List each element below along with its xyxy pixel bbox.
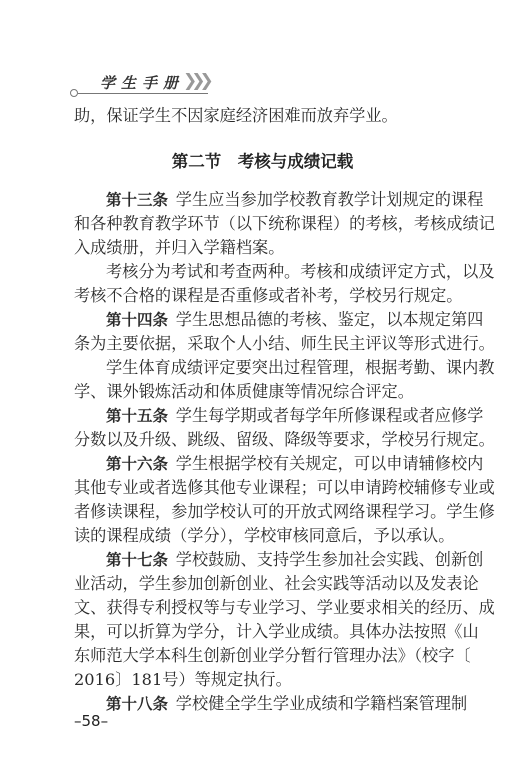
text-line: 第十七条 学校鼓励、支持学生参加社会实践、创新创 xyxy=(74,548,456,572)
page-number: –58– xyxy=(74,712,108,730)
text-line: 其他专业或者选修其他专业课程；可以申请跨校辅修专业或 xyxy=(74,476,456,500)
chevrons-icon: ❯❯❯ xyxy=(183,71,208,91)
paragraph: 第十八条 学校健全学生学业成绩和学籍档案管理制 xyxy=(74,692,456,716)
body-text: 第十三条 学生应当参加学校教育教学计划规定的课程和各种教育教学环节（以下统称课程… xyxy=(74,188,456,716)
article-label: 第十五条 xyxy=(106,407,176,425)
paragraph: 学生体育成绩评定要突出过程管理，根据考勤、课内教学、课外锻炼活动和体质健康等情况… xyxy=(74,356,456,404)
text-line: 和各种教育教学环节（以下统称课程）的考核，考核成绩记 xyxy=(74,212,456,236)
line-text: 学生应当参加学校教育教学计划规定的课程 xyxy=(176,190,484,209)
text-line: 者修读课程，参加学校认可的开放式网络课程学习。学生修 xyxy=(74,500,456,524)
line-text: 学、课外锻炼活动和体质健康等情况综合评定。 xyxy=(74,382,414,401)
line-text: 学生根据学校有关规定，可以申请辅修校内 xyxy=(176,454,484,473)
text-line: 学生体育成绩评定要突出过程管理，根据考勤、课内教 xyxy=(74,356,456,380)
text-line: 业活动，学生参加创新创业、社会实践等活动以及发表论 xyxy=(74,572,456,596)
line-text: 学校鼓励、支持学生参加社会实践、创新创 xyxy=(176,550,484,569)
article-label: 第十四条 xyxy=(106,311,176,329)
text-line: 分数以及升级、跳级、留级、降级等要求，学校另行规定。 xyxy=(74,428,456,452)
text-line: 2016〕181号）等规定执行。 xyxy=(74,668,456,692)
line-text: 学校健全学生学业成绩和学籍档案管理制 xyxy=(176,694,467,713)
text-line: 条为主要依据，采取个人小结、师生民主评议等形式进行。 xyxy=(74,332,456,356)
line-text: 学生思想品德的考核、鉴定，以本规定第四 xyxy=(176,310,484,329)
paragraph: 第十七条 学校鼓励、支持学生参加社会实践、创新创业活动，学生参加创新创业、社会实… xyxy=(74,548,456,692)
line-text: 学生体育成绩评定要突出过程管理，根据考勤、课内教 xyxy=(106,358,495,377)
line-text: 其他专业或者选修其他专业课程；可以申请跨校辅修专业或 xyxy=(74,478,495,497)
running-header: 学生手册 ❯❯❯ xyxy=(70,70,220,98)
text-line: 入成绩册，并归入学籍档案。 xyxy=(74,236,456,260)
paragraph: 第十五条 学生每学期或者每学年所修课程或者应修学分数以及升级、跳级、留级、降级等… xyxy=(74,404,456,452)
text-line: 第十八条 学校健全学生学业成绩和学籍档案管理制 xyxy=(74,692,456,716)
text-line: 考核分为考试和考查两种。考核和成绩评定方式，以及 xyxy=(74,260,456,284)
circle-ornament-icon xyxy=(70,89,78,97)
line-text: 和各种教育教学环节（以下统称课程）的考核，考核成绩记 xyxy=(74,214,495,233)
paragraph: 第十四条 学生思想品德的考核、鉴定，以本规定第四条为主要依据，采取个人小结、师生… xyxy=(74,308,456,356)
text-line: 第十六条 学生根据学校有关规定，可以申请辅修校内 xyxy=(74,452,456,476)
line-text: 学生每学期或者每学年所修课程或者应修学 xyxy=(176,406,484,425)
text-line: 第十三条 学生应当参加学校教育教学计划规定的课程 xyxy=(74,188,456,212)
section-title: 第二节 考核与成绩记载 xyxy=(0,148,525,172)
line-text: 者修读课程，参加学校认可的开放式网络课程学习。学生修 xyxy=(74,502,495,521)
line-text: 果，可以折算为学分，计入学业成绩。具体办法按照《山 xyxy=(74,622,479,641)
article-label: 第十七条 xyxy=(106,551,176,569)
line-text: 业活动，学生参加创新创业、社会实践等活动以及发表论 xyxy=(74,574,479,593)
text-line: 果，可以折算为学分，计入学业成绩。具体办法按照《山 xyxy=(74,620,456,644)
text-line: 第十四条 学生思想品德的考核、鉴定，以本规定第四 xyxy=(74,308,456,332)
text-line: 读的课程成绩（学分），学校审核同意后，予以承认。 xyxy=(74,524,456,548)
text-line: 学、课外锻炼活动和体质健康等情况综合评定。 xyxy=(74,380,456,404)
article-label: 第十六条 xyxy=(106,455,176,473)
header-rule xyxy=(78,93,208,94)
paragraph: 第十三条 学生应当参加学校教育教学计划规定的课程和各种教育教学环节（以下统称课程… xyxy=(74,188,456,260)
article-label: 第十八条 xyxy=(106,695,176,713)
line-text: 2016〕181号）等规定执行。 xyxy=(74,670,292,689)
line-text: 分数以及升级、跳级、留级、降级等要求，学校另行规定。 xyxy=(74,430,495,449)
line-text: 条为主要依据，采取个人小结、师生民主评议等形式进行。 xyxy=(74,334,495,353)
continuation-text: 助，保证学生不因家庭经济困难而放弃学业。 xyxy=(74,104,456,128)
text-line: 第十五条 学生每学期或者每学年所修课程或者应修学 xyxy=(74,404,456,428)
text-line: 东师范大学本科生创新创业学分暂行管理办法》（校字〔 xyxy=(74,644,456,668)
text-line: 文、获得专利授权等与专业学习、学业要求相关的经历、成 xyxy=(74,596,456,620)
header-title: 学生手册 xyxy=(100,72,184,93)
paragraph: 第十六条 学生根据学校有关规定，可以申请辅修校内其他专业或者选修其他专业课程；可… xyxy=(74,452,456,548)
line-text: 东师范大学本科生创新创业学分暂行管理办法》（校字〔 xyxy=(74,646,471,665)
line-text: 读的课程成绩（学分），学校审核同意后，予以承认。 xyxy=(74,526,454,545)
line-text: 文、获得专利授权等与专业学习、学业要求相关的经历、成 xyxy=(74,598,495,617)
paragraph: 考核分为考试和考查两种。考核和成绩评定方式，以及考核不合格的课程是否重修或者补考… xyxy=(74,260,456,308)
article-label: 第十三条 xyxy=(106,191,176,209)
text-line: 考核不合格的课程是否重修或者补考，学校另行规定。 xyxy=(74,284,456,308)
line-text: 考核分为考试和考查两种。考核和成绩评定方式，以及 xyxy=(106,262,495,281)
line-text: 入成绩册，并归入学籍档案。 xyxy=(74,238,284,257)
line-text: 考核不合格的课程是否重修或者补考，学校另行规定。 xyxy=(74,286,463,305)
text-line: 助，保证学生不因家庭经济困难而放弃学业。 xyxy=(74,104,456,128)
